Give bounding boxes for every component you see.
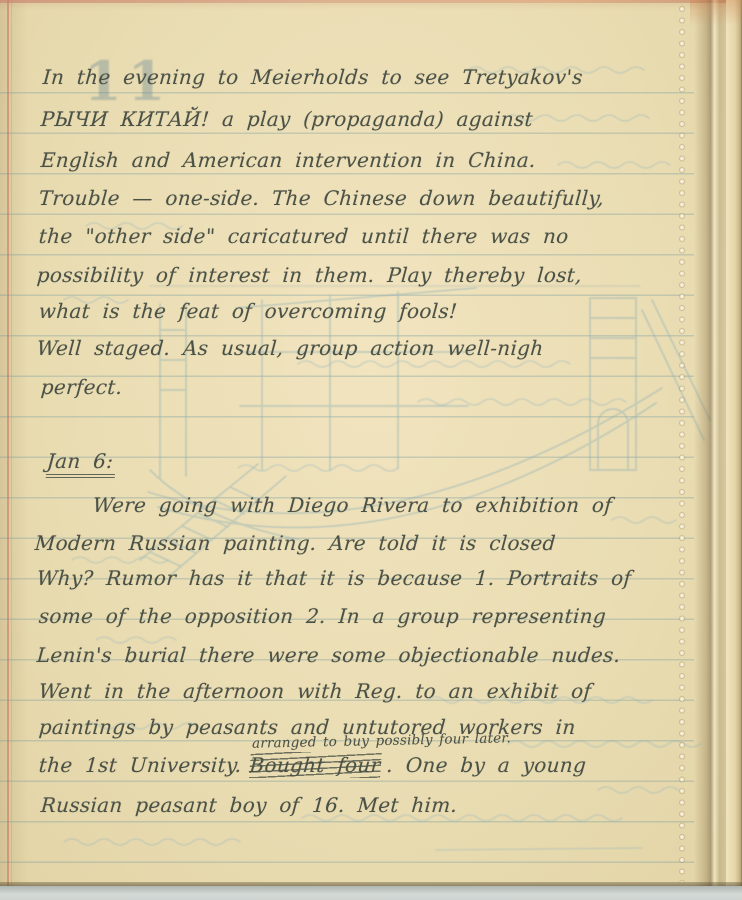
diary-line: perfect. [40,374,123,400]
diary-line: Modern Russian painting. Are told it is … [34,530,557,556]
diary-line: Russian peasant boy of 16. Met him. [40,792,458,818]
adjacent-page-edge [726,0,742,886]
diary-line: Went in the afternoon with Reg. to an ex… [38,678,592,704]
diary-line: English and American intervention in Chi… [40,147,537,173]
amended-after: . One by a young [386,753,587,777]
diary-line: the "other side" caricatured until there… [38,223,570,249]
diary-line: Lenin's burial there were some objection… [36,642,621,668]
diary-page-scan: 11 In the evening to Meierholds to see T… [0,0,742,900]
diary-line-amended: the 1st University.Bought four. One by a… [38,752,587,778]
page-fold [694,0,726,886]
left-margin-edge-line-faint [11,0,12,886]
entry-date-heading: Jan 6: [46,448,117,474]
diary-line: possibility of interest in them. Play th… [36,262,583,288]
page-bottom-edge [0,882,742,886]
page-top-edge [0,0,742,3]
diary-line: РЫЧИ КИТАЙ! a play (propaganda) against [40,106,534,132]
left-margin-edge-line [7,0,9,886]
diary-line: Why? Rumor has it that it is because 1. … [36,565,632,591]
diary-line: Trouble — one-side. The Chinese down bea… [38,185,605,211]
perforation-line [677,4,687,882]
diary-line: what is the feat of overcoming fools! [38,298,458,324]
scanner-background [0,886,742,900]
diary-line: In the evening to Meierholds to see Tret… [42,64,584,90]
diary-line: Well staged. As usual, group action well… [36,335,544,361]
struck-text: Bought four [249,752,382,778]
diary-line: some of the opposition 2. In a group rep… [38,603,607,629]
diary-line: Were going with Diego Rivera to exhibiti… [92,492,613,518]
top-right-corner-shade [690,0,742,26]
amended-before: the 1st University. [38,753,242,777]
